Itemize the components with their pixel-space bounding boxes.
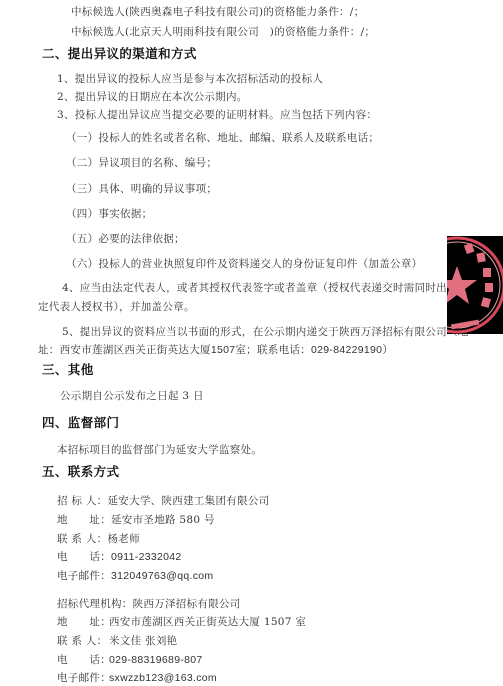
section-2-heading: 二、提出异议的渠道和方式 — [42, 46, 197, 62]
phone-number: 029-84229190 — [311, 344, 382, 356]
section-2-item-4-line-2: 定代表人授权书），并加盖公章。 — [38, 300, 195, 314]
sub-item-3: （三）具体、明确的异议事项； — [66, 182, 217, 196]
agency-phone: 029-88319689-807 — [109, 654, 203, 666]
tenderer-contact: 杨老师 — [107, 533, 139, 545]
tenderer-email: 312049763@qq.com — [111, 570, 213, 582]
sub-item-2: （二）异议项目的名称、编号； — [66, 156, 217, 170]
sub-item-1: （一）投标人的姓名或者名称、地址、邮编、联系人及联系电话； — [66, 131, 379, 145]
agency-contact-label: 联 系 人： — [57, 634, 109, 648]
agency-name-label: 招标代理机构： — [57, 598, 133, 610]
tenderer-address-label: 地 址： — [57, 514, 111, 526]
section-3-heading: 三、其他 — [42, 362, 94, 378]
section-2-item-5-line-1: 5、提出异议的资料应当以书面的形式，在公示期内递交于陕西万泽招标有限公司（地 — [62, 325, 469, 339]
agency-address-row: 地 址：西安市莲湖区西关正街英达大厦 1507 室 — [57, 615, 306, 629]
tenderer-phone: 0911-2332042 — [111, 551, 182, 563]
tenderer-contact-row: 联 系 人：杨老师 — [57, 532, 140, 546]
sub-item-4: （四）事实依据； — [66, 207, 152, 221]
tenderer-address: 延安市圣地路 580 号 — [111, 514, 215, 526]
agency-contact-row: 联 系 人：米文佳 张刘艳 — [57, 634, 177, 648]
agency-address-label: 地 址： — [57, 615, 109, 629]
agency-email: sxwzzb123@163.com — [109, 672, 217, 684]
agency-email-label: 电子邮件： — [57, 671, 109, 685]
official-seal-image — [447, 236, 503, 334]
tenderer-name-label: 招 标 人： — [57, 495, 107, 507]
section-4-heading: 四、监督部门 — [42, 415, 119, 431]
tenderer-contact-label: 联 系 人： — [57, 533, 107, 545]
agency-email-row: 电子邮件：sxwzzb123@163.com — [57, 671, 217, 685]
closing-paren: ） — [382, 344, 393, 356]
tenderer-name-row: 招 标 人：延安大学、陕西建工集团有限公司 — [57, 494, 269, 508]
room-number: 1507 — [211, 344, 236, 356]
section-5-heading: 五、联系方式 — [42, 464, 119, 480]
sub-item-6: （六）投标人的营业执照复印件及资料递交人的身份证复印件（加盖公章） — [66, 257, 422, 271]
sub-item-5: （五）必要的法律依据； — [66, 232, 185, 246]
tenderer-email-row: 电子邮件：312049763@qq.com — [57, 569, 213, 583]
agency-phone-label: 电 话： — [57, 653, 109, 667]
tenderer-name: 延安大学、陕西建工集团有限公司 — [107, 495, 269, 507]
section-4-text: 本招标项目的监督部门为延安大学监察处。 — [57, 443, 262, 457]
tenderer-phone-row: 电 话：0911-2332042 — [57, 550, 182, 564]
tenderer-phone-label: 电 话： — [57, 551, 111, 563]
phone-label-text: 室；联系电话： — [235, 344, 311, 356]
candidate-2-qualification: 中标候选人(北京天人明雨科技有限公司 )的资格能力条件：/； — [71, 25, 375, 39]
agency-address: 西安市莲湖区西关正街英达大厦 1507 室 — [109, 616, 306, 628]
section-2-item-3: 3、投标人提出异议应当提交必要的证明材料。应当包括下列内容： — [57, 108, 377, 122]
address-text: 址：西安市莲湖区西关正街英达大厦 — [38, 344, 211, 356]
section-2-item-1: 1、提出异议的投标人应当是参与本次招标活动的投标人 — [57, 72, 323, 86]
section-3-text: 公示期自公示发布之日起 3 日 — [60, 389, 204, 403]
seal-star-icon — [447, 236, 503, 334]
section-2-item-4-line-1: 4、应当由法定代表人，或者其授权代表签字或者盖章（授权代表递交时需同时出具法 — [62, 281, 469, 295]
agency-name-row: 招标代理机构：陕西万泽招标有限公司 — [57, 597, 241, 611]
section-2-item-5-line-2: 址：西安市莲湖区西关正街英达大厦1507室；联系电话：029-84229190） — [38, 343, 393, 357]
candidate-1-qualification: 中标候选人(陕西奥森电子科技有限公司)的资格能力条件：/； — [71, 5, 364, 19]
tenderer-email-label: 电子邮件： — [57, 570, 111, 582]
agency-name: 陕西万泽招标有限公司 — [133, 598, 241, 610]
agency-contact: 米文佳 张刘艳 — [109, 635, 177, 647]
agency-phone-row: 电 话：029-88319689-807 — [57, 653, 203, 667]
tenderer-address-row: 地 址：延安市圣地路 580 号 — [57, 513, 215, 527]
section-2-item-2: 2、提出异议的日期应在本次公示期内。 — [57, 90, 248, 104]
